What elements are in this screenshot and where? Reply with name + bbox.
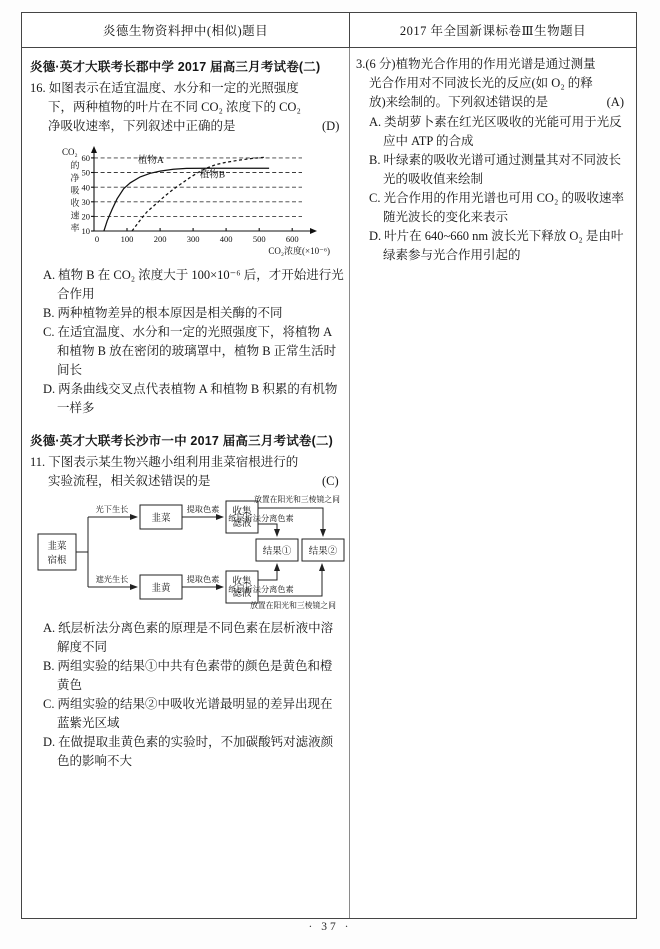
chromatography-bottom-label: 纸层析法分离色素 xyxy=(228,584,294,594)
question-3-stem: 3.(6 分)植物光合作用的作用光谱是通过测量光合作用对不同波长光的反应(如 O… xyxy=(356,55,628,112)
option-label: D. xyxy=(369,229,381,243)
option-text: 两种植物差异的根本原因是相关酶的不同 xyxy=(57,306,282,320)
option-text: 两组实验的结果②中吸收光谱最明显的差异出现在蓝紫光区域 xyxy=(57,697,332,730)
page-number: · 37 · xyxy=(0,921,660,933)
option-text: 在做提取韭黄色素的实验时，不加碳酸钙对滤液颜色的影响不大 xyxy=(57,735,333,768)
left-column: 炎德·英才大联考长郡中学 2017 届高三月考试卷(二) 16. 如图表示在适宜… xyxy=(22,48,350,918)
option-label: D. xyxy=(43,382,55,396)
option-label: C. xyxy=(43,325,54,339)
option-text: 类胡萝卜素在红光区吸收的光能可用于光反应中 ATP 的合成 xyxy=(383,115,622,148)
section2-title: 炎德·英才大联考长沙市一中 2017 届高三月考试卷(二) xyxy=(30,431,344,449)
svg-text:20: 20 xyxy=(82,212,91,222)
svg-text:速: 速 xyxy=(70,210,79,221)
option-label: A. xyxy=(43,621,55,635)
question-3-text: 植物光合作用的作用光谱是通过测量光合作用对不同波长光的反应(如 O₂ 的释放)来… xyxy=(369,57,596,109)
question-3-answer: (A) xyxy=(620,93,624,112)
option-row-11b: B.两组实验的结果①中共有色素带的颜色是黄色和橙黄色 xyxy=(30,657,344,695)
svg-text:率: 率 xyxy=(70,222,79,233)
question-11-stem: 11. 下图表示某生物兴趣小组利用韭菜宿根进行的实验流程，相关叙述错误的是 (C… xyxy=(30,453,344,491)
blanched-leek-node-label: 韭黄 xyxy=(151,582,171,594)
prism-top-label: 放置在阳光和三棱镜之间 xyxy=(254,494,340,504)
header-cell-exam-questions: 2017 年全国新课标卷Ⅲ生物题目 xyxy=(350,13,636,47)
option-row-3b: B.叶绿素的吸收光谱可通过测量其对不同波长光的吸收值来绘制 xyxy=(356,151,628,189)
svg-text:植物B: 植物B xyxy=(200,169,225,181)
co2-absorption-chart: 1020304050600100200300400500600植物A植物BCO₂… xyxy=(54,139,346,259)
header-right-text: 2017 年全国新课标卷Ⅲ生物题目 xyxy=(400,21,586,39)
option-row-3d: D.叶片在 640~660 nm 波长光下释放 O₂ 是由叶绿素参与光合作用引起… xyxy=(356,227,628,265)
option-text: 在适宜温度、水分和一定的光照强度下，将植物 A 和植物 B 放在密闭的玻璃罩中，… xyxy=(57,325,336,377)
experiment-flowchart: 韭菜 宿根 光下生长 遮光生长 韭菜 韭黄 提取色素 提取色素 收集 滤液 收集… xyxy=(30,493,346,611)
option-row-3c: C.光合作用的作用光谱也可用 CO₂ 的吸收速率随光波长的变化来表示 xyxy=(356,189,628,227)
option-text: 两组实验的结果①中共有色素带的颜色是黄色和橙黄色 xyxy=(57,659,332,692)
option-row-11d: D.在做提取韭黄色素的实验时，不加碳酸钙对滤液颜色的影响不大 xyxy=(30,733,344,771)
svg-text:CO₂: CO₂ xyxy=(62,147,78,157)
svg-text:10: 10 xyxy=(82,226,91,236)
section1-title: 炎德·英才大联考长郡中学 2017 届高三月考试卷(二) xyxy=(30,57,344,75)
svg-text:吸: 吸 xyxy=(70,186,79,196)
prism-bottom-label: 放置在阳光和三棱镜之间 xyxy=(250,600,336,610)
option-row-16a: A.植物 B 在 CO₂ 浓度大于 100×10⁻⁶ 后，才开始进行光合作用 xyxy=(30,266,344,304)
svg-text:40: 40 xyxy=(82,182,91,192)
question-3-number: 3. xyxy=(356,57,365,71)
option-text: 光合作用的作用光谱也可用 CO₂ 的吸收速率随光波长的变化来表示 xyxy=(383,191,624,224)
header-left-text: 炎德生物资料押中(相似)题目 xyxy=(103,21,268,39)
option-text: 纸层析法分离色素的原理是不同色素在层析液中溶解度不同 xyxy=(57,621,333,654)
svg-text:CO₂浓度(×10⁻⁶): CO₂浓度(×10⁻⁶) xyxy=(268,245,330,256)
leek-node-label: 韭菜 xyxy=(151,512,171,524)
svg-text:500: 500 xyxy=(253,234,266,244)
branch-top-label: 光下生长 xyxy=(96,504,129,514)
svg-text:100: 100 xyxy=(121,234,134,244)
option-label: B. xyxy=(43,306,54,320)
result2-label: 结果② xyxy=(309,545,338,557)
root-node-line2: 宿根 xyxy=(47,554,67,566)
question-16-options: A.植物 B 在 CO₂ 浓度大于 100×10⁻⁶ 后，才开始进行光合作用 B… xyxy=(30,266,344,418)
option-label: C. xyxy=(369,191,380,205)
svg-text:200: 200 xyxy=(154,234,167,244)
option-row-16d: D.两条曲线交叉点代表植物 A 和植物 B 积累的有机物一样多 xyxy=(30,380,344,418)
question-11-text: 下图表示某生物兴趣小组利用韭菜宿根进行的实验流程，相关叙述错误的是 xyxy=(48,455,298,488)
option-row-16b: B.两种植物差异的根本原因是相关酶的不同 xyxy=(30,304,344,323)
root-node-line1: 韭菜 xyxy=(47,540,67,552)
option-label: A. xyxy=(43,268,55,282)
question-3-options: A.类胡萝卜素在红光区吸收的光能可用于光反应中 ATP 的合成 B.叶绿素的吸收… xyxy=(356,113,628,265)
svg-text:0: 0 xyxy=(95,234,99,244)
right-column: 3.(6 分)植物光合作用的作用光谱是通过测量光合作用对不同波长光的反应(如 O… xyxy=(350,48,636,918)
extract-top-label: 提取色素 xyxy=(187,504,220,514)
option-text: 植物 B 在 CO₂ 浓度大于 100×10⁻⁶ 后，才开始进行光合作用 xyxy=(57,268,344,301)
question-16-text: 如图表示在适宜温度、水分和一定的光照强度下，两种植物的叶片在不同 CO₂ 浓度下… xyxy=(48,81,301,133)
svg-text:400: 400 xyxy=(220,234,233,244)
co2-chart-figure: 1020304050600100200300400500600植物A植物BCO₂… xyxy=(54,139,344,264)
svg-text:300: 300 xyxy=(187,234,200,244)
option-row-16c: C.在适宜温度、水分和一定的光照强度下，将植物 A 和植物 B 放在密闭的玻璃罩… xyxy=(30,323,344,380)
svg-text:600: 600 xyxy=(286,234,299,244)
experiment-flowchart-figure: 韭菜 宿根 光下生长 遮光生长 韭菜 韭黄 提取色素 提取色素 收集 滤液 收集… xyxy=(30,493,344,616)
table-header-row: 炎德生物资料押中(相似)题目 2017 年全国新课标卷Ⅲ生物题目 xyxy=(22,13,636,48)
chromatography-top-label: 纸层析法分离色素 xyxy=(228,513,294,523)
svg-text:净: 净 xyxy=(70,172,79,183)
extract-bottom-label: 提取色素 xyxy=(187,574,220,584)
content-columns: 炎德·英才大联考长郡中学 2017 届高三月考试卷(二) 16. 如图表示在适宜… xyxy=(22,48,636,918)
svg-text:的: 的 xyxy=(70,160,79,171)
option-label: B. xyxy=(43,659,54,673)
option-row-11c: C.两组实验的结果②中吸收光谱最明显的差异出现在蓝紫光区域 xyxy=(30,695,344,733)
question-16-number: 16. xyxy=(30,81,46,95)
option-text: 两条曲线交叉点代表植物 A 和植物 B 积累的有机物一样多 xyxy=(57,382,337,415)
svg-text:植物A: 植物A xyxy=(138,154,164,166)
question-3-points: (6 分) xyxy=(365,57,395,71)
option-label: B. xyxy=(369,153,380,167)
option-text: 叶片在 640~660 nm 波长光下释放 O₂ 是由叶绿素参与光合作用引起的 xyxy=(383,229,623,262)
header-cell-similar-questions: 炎德生物资料押中(相似)题目 xyxy=(22,13,350,47)
result1-label: 结果① xyxy=(263,545,292,557)
svg-text:50: 50 xyxy=(82,168,91,178)
option-row-3a: A.类胡萝卜素在红光区吸收的光能可用于光反应中 ATP 的合成 xyxy=(356,113,628,151)
option-text: 叶绿素的吸收光谱可通过测量其对不同波长光的吸收值来绘制 xyxy=(383,153,621,186)
branch-bottom-label: 遮光生长 xyxy=(96,574,129,584)
option-label: D. xyxy=(43,735,55,749)
option-row-11a: A.纸层析法分离色素的原理是不同色素在层析液中溶解度不同 xyxy=(30,619,344,657)
svg-text:收: 收 xyxy=(70,197,79,208)
svg-text:30: 30 xyxy=(82,197,91,207)
question-11-number: 11. xyxy=(30,455,45,469)
option-label: A. xyxy=(369,115,381,129)
option-label: C. xyxy=(43,697,54,711)
question-16-stem: 16. 如图表示在适宜温度、水分和一定的光照强度下，两种植物的叶片在不同 CO₂… xyxy=(30,79,344,136)
question-11-options: A.纸层析法分离色素的原理是不同色素在层析液中溶解度不同 B.两组实验的结果①中… xyxy=(30,619,344,771)
svg-text:60: 60 xyxy=(82,153,91,163)
exam-page-sheet: 炎德生物资料押中(相似)题目 2017 年全国新课标卷Ⅲ生物题目 炎德·英才大联… xyxy=(21,12,637,919)
